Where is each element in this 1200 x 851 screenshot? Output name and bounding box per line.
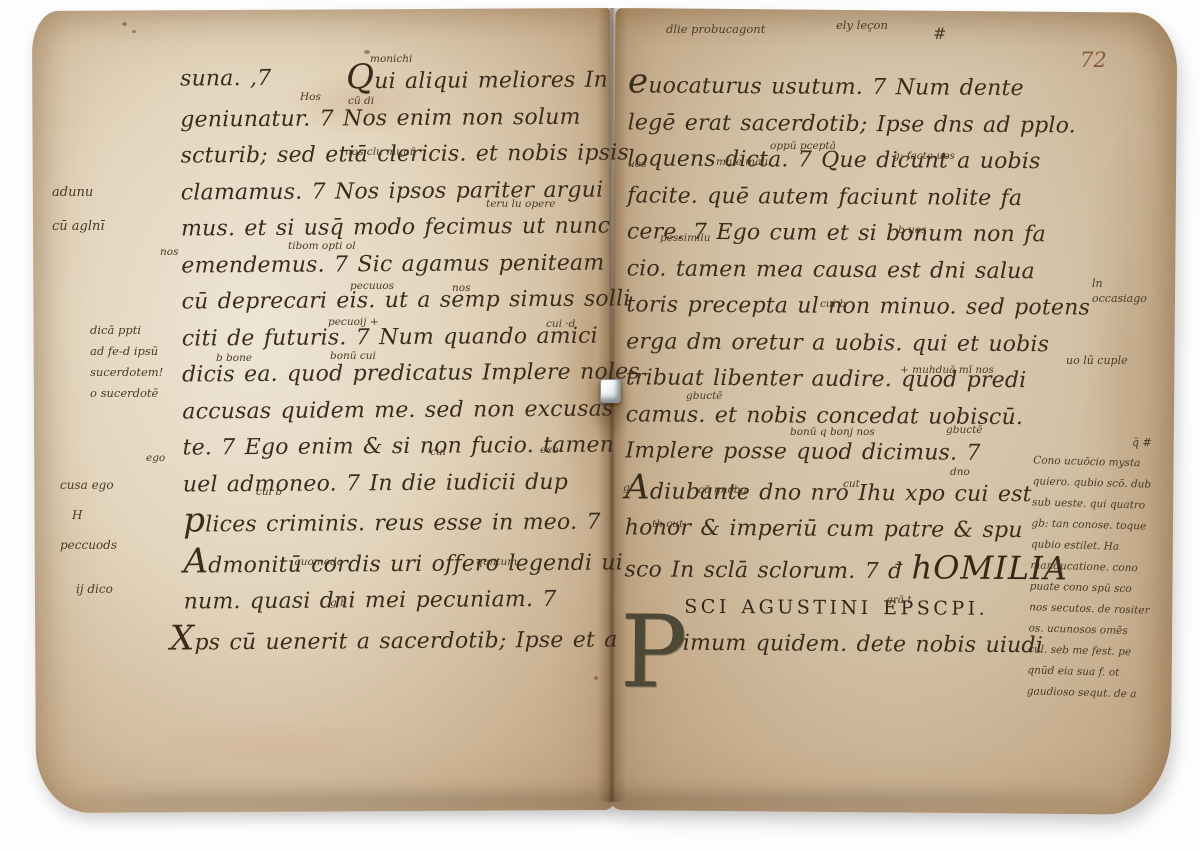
text-line: Admonitū cordis uri offero legendi ui <box>183 541 623 585</box>
interlinear-gloss: dno <box>950 467 970 478</box>
margin-note-line: sucerdotem! <box>90 362 163 383</box>
margin-note: dicā ppti ad fe-d ipsū sucerdotem! o suc… <box>90 320 163 404</box>
margin-note: cusa ego H peccuods ij dico <box>60 470 117 604</box>
interlinear-gloss: quntum <box>476 557 517 568</box>
interlinear-gloss: pecuuos <box>350 281 394 292</box>
margin-note: ln occasiago <box>1092 276 1147 306</box>
margin-note-line: cusa ego <box>60 470 117 500</box>
interlinear-gloss: ego <box>146 453 165 464</box>
interlinear-gloss: pecuoij + <box>328 317 379 328</box>
interlinear-gloss: male malu <box>716 157 771 168</box>
text-line-body: rimum quidem. dete nobis uiudi <box>672 630 1043 658</box>
interlinear-gloss: nos <box>160 247 178 258</box>
interlinear-gloss: cui ·d <box>546 319 575 330</box>
text-line: erga dm oretur a uobis. qui et uobis <box>626 324 1102 364</box>
text-line: uel admoneo. 7 In die iudicii dup <box>183 464 623 504</box>
text-line-prefix: sco In sclā sclorum. 7 đ <box>624 557 902 584</box>
interlinear-gloss: g b <box>330 598 347 609</box>
interlinear-gloss: oppū pceptā <box>770 141 836 152</box>
margin-note-line: o sucerdotē <box>90 383 163 404</box>
text-line: cio. tamen mea causa est dni salua <box>627 251 1103 291</box>
interlinear-gloss: tibom opti ol <box>288 241 356 252</box>
margin-note-line: peccuods <box>60 530 117 560</box>
margin-note-line: dicā ppti <box>90 320 163 341</box>
margin-note-line: cū aglnī <box>52 210 105 244</box>
margin-note-line: ad fe-d ipsū <box>90 341 163 362</box>
margin-gloss-block: Cono ucuōcio mysta quiero. qubio scō. du… <box>1027 450 1154 705</box>
interlinear-gloss: bonū cui <box>330 351 376 362</box>
ink-speck <box>122 22 127 26</box>
header-gloss: ely leçon <box>836 20 888 31</box>
margin-note: q̄ # <box>1132 436 1152 449</box>
interlinear-gloss: bonū q bonj nos <box>790 427 875 438</box>
interlinear-gloss: Hos <box>300 92 321 103</box>
manuscript-spread: 72 suna. ,7 Qui aliqui meliores In geniu… <box>0 0 1200 851</box>
text-line: Xps cū uenerit a sacerdotib; Ipse et a <box>184 618 624 662</box>
header-gloss: dlie probucagont <box>666 24 765 35</box>
interlinear-gloss: gt <box>623 483 634 494</box>
interlinear-gloss: cut <box>843 479 860 490</box>
margin-note-line: ij dico <box>76 574 117 604</box>
text-line: facite. quē autem faciunt nolite fa <box>627 178 1103 218</box>
hash-mark: # <box>933 28 946 39</box>
interlinear-gloss: b uos <box>898 225 927 236</box>
margin-note-line: ln <box>1092 276 1147 291</box>
text-line: Implere posse quod dicimus. 7 <box>625 433 1101 473</box>
open-codex: 72 suna. ,7 Qui aliqui meliores In geniu… <box>34 8 1174 810</box>
text-line: suna. ,7 Qui aliqui meliores In <box>180 58 620 102</box>
interlinear-gloss: monichi <box>370 54 412 65</box>
interlinear-gloss: cui b <box>256 487 282 498</box>
text-line: toris precepta ul non minuo. sed potens <box>626 287 1102 327</box>
text-line: loquens dicta. 7 Que dicunt a uobis <box>627 141 1103 181</box>
interlinear-gloss: grā t <box>886 595 912 606</box>
text-line: plices criminis. reus esse in meo. 7 <box>183 500 623 544</box>
interlinear-gloss: uos <box>628 159 646 170</box>
interlinear-gloss: cui b <box>820 299 846 310</box>
text-line: honor & imperiū cum patre & spu <box>625 510 1101 550</box>
catchword: suna. ,7 <box>180 60 346 102</box>
interlinear-gloss: b bone <box>216 353 252 364</box>
text-line: Adiubante dno nro Ihu xpo cui est <box>625 470 1101 514</box>
margin-note-line: H <box>72 500 117 530</box>
text-line: emendemus. 7 Sic agamus peniteam <box>181 245 621 285</box>
ink-speck <box>132 30 136 33</box>
text-line: accusas quidem me. sed non excusas <box>182 391 622 431</box>
interlinear-gloss: th cut <box>652 519 683 530</box>
margin-note-line: adunu <box>52 176 105 210</box>
interlinear-gloss: nos clu munū <box>345 147 416 158</box>
interlinear-gloss: gbuctē <box>946 425 983 436</box>
text-line: cū deprecari eis. ut a semp simus solli <box>181 281 621 321</box>
margin-note-line: gaudioso sequt. de a <box>1027 681 1148 705</box>
interlinear-gloss: cū gnoba <box>698 485 747 496</box>
interlinear-gloss: + muhduā mī nos <box>900 365 994 376</box>
text-line: legē erat sacerdotib; Ipse dns ad pplo. <box>628 105 1104 145</box>
text-line: geniunatur. 7 Nos enim non solum <box>180 99 620 139</box>
text-line: euocaturus usutum. 7 Num dente <box>628 64 1104 108</box>
interlinear-gloss: cū di <box>348 96 374 107</box>
margin-note: uo lū cuple <box>1066 354 1128 367</box>
margin-note: adunu cū aglnī <box>52 176 105 244</box>
margin-note-line: occasiago <box>1092 291 1147 306</box>
interlinear-gloss: cui <box>430 447 446 458</box>
text-line: num. quasi dni mei pecuniam. 7 <box>184 581 624 621</box>
interlinear-gloss: nos <box>452 283 470 294</box>
interlinear-gloss: g: facta uos <box>893 151 955 162</box>
interlinear-gloss: gbuctē <box>686 391 723 402</box>
interlinear-gloss: eco <box>540 445 558 456</box>
book-drop-shadow <box>70 792 1110 808</box>
decorated-initial-p: P <box>620 611 688 693</box>
interlinear-gloss: teru lu opere <box>486 199 556 210</box>
interlinear-gloss: quomodo <box>294 557 343 568</box>
interlinear-gloss: pessimilu <box>660 233 711 244</box>
text-line: mus. et si usq̄ modo fecimus ut nunc <box>181 208 621 248</box>
